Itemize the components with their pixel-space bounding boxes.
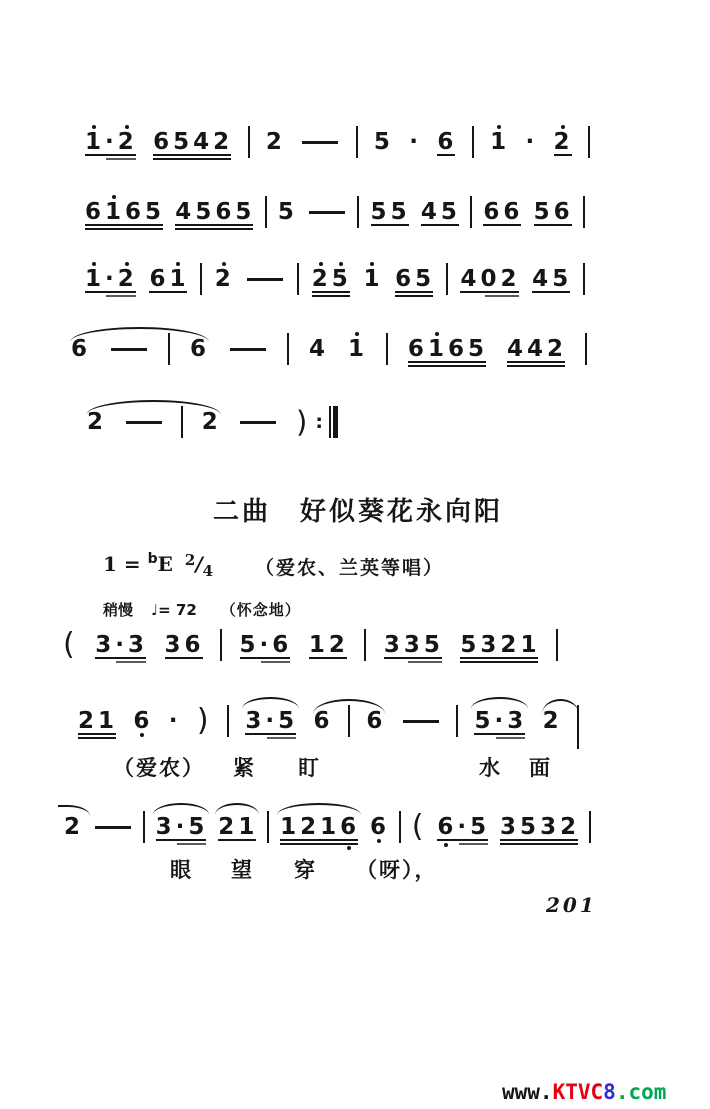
note-char: 6 — [124, 197, 144, 227]
beam-line — [507, 361, 565, 363]
duration-dash — [302, 141, 338, 144]
note-group: · — [524, 127, 537, 157]
beam-line-partial — [459, 843, 489, 845]
note-char: 4 — [174, 197, 194, 227]
lyrics-line-2: 眼望穿（呀）， — [0, 854, 710, 882]
beam-line-partial — [116, 661, 146, 663]
metronome-mark: ♩= 72 — [151, 601, 197, 619]
note-group: 5·3 — [473, 706, 526, 736]
time-signature: 2/4 — [185, 552, 213, 576]
beam-line — [149, 291, 187, 293]
note-char: 2 — [265, 127, 285, 157]
note-char: 2 — [214, 264, 234, 294]
score-line-1: 1·2654225·61·2 — [84, 127, 590, 157]
beam-line — [395, 295, 433, 297]
note-group: 55 — [370, 197, 410, 227]
barline — [200, 263, 202, 295]
duration-dash — [126, 421, 162, 424]
note-char: 1 — [84, 264, 104, 294]
octave-dot-above — [497, 125, 501, 129]
watermark-ktvc: KTVC — [553, 1080, 604, 1104]
note-char: 5 — [331, 264, 351, 294]
note-group: 2 — [265, 127, 285, 157]
barline — [583, 263, 585, 295]
score-line-4: 66416165442 — [70, 334, 587, 364]
note-char: 1 — [279, 812, 299, 842]
beam-line — [165, 657, 203, 659]
octave-dot-below — [140, 733, 144, 737]
note-char: 4 — [459, 264, 479, 294]
slur-arc — [215, 803, 259, 815]
score-line-3: 1·26122516540245 — [84, 264, 585, 294]
note-char: 1 — [347, 334, 367, 364]
score-line-8: 23·52112166(6·53532 — [63, 812, 591, 842]
note-char: 3 — [155, 812, 175, 842]
note-group: 2 — [553, 127, 573, 157]
note-group: 3·5 — [155, 812, 208, 842]
note-char: 6 — [84, 197, 104, 227]
lyric-syllable: 紧 — [233, 752, 256, 782]
barline — [143, 811, 145, 843]
note-group: 6 — [369, 812, 389, 842]
octave-dot-above — [370, 262, 374, 266]
beam-line — [554, 154, 572, 156]
tie-arc — [313, 699, 385, 714]
slur-arc — [153, 803, 210, 815]
note-group: 3532 — [499, 812, 579, 842]
note-char: 1 — [319, 812, 339, 842]
beam-line — [460, 657, 538, 659]
note-char: · — [456, 812, 469, 842]
slur-arc — [242, 697, 299, 709]
barline — [588, 126, 590, 158]
beam-line — [280, 839, 358, 841]
beam-line — [500, 843, 578, 845]
watermark-com: .com — [616, 1080, 667, 1104]
lyric-syllable: 穿 — [294, 854, 317, 884]
barline — [297, 263, 299, 295]
barline — [585, 333, 587, 365]
beam-line — [474, 733, 525, 735]
note-group: 3·5 — [244, 706, 297, 736]
beam-line — [280, 843, 358, 845]
barline — [583, 196, 585, 228]
beam-line — [312, 295, 350, 297]
beam-line — [175, 224, 253, 226]
beam-line — [437, 154, 455, 156]
note-char: 6 — [271, 630, 291, 660]
octave-dot-above — [92, 262, 96, 266]
note-char: 1 — [308, 630, 328, 660]
note-char: 2 — [117, 264, 137, 294]
note-char: 5 — [277, 706, 297, 736]
note-char: 3 — [94, 630, 114, 660]
note-char: 6 — [132, 706, 152, 736]
beam-line — [312, 291, 350, 293]
note-char: 4 — [420, 197, 440, 227]
note-char: 2 — [559, 812, 579, 842]
note-group: 36 — [164, 630, 204, 660]
parenthesis: ( — [62, 630, 78, 660]
note-char: 3 — [403, 630, 423, 660]
note-group: 65 — [394, 264, 434, 294]
note-char: 6 — [436, 812, 456, 842]
note-group: 1216 — [279, 812, 359, 842]
note-char: 2 — [328, 630, 348, 660]
note-group: 3·3 — [94, 630, 147, 660]
watermark-www: www. — [502, 1080, 553, 1104]
barline — [287, 333, 289, 365]
lyric-syllable: 面 — [529, 752, 552, 782]
note-char: 6 — [407, 334, 427, 364]
note-char: 5 — [414, 264, 434, 294]
lyric-syllable: 望 — [231, 854, 254, 884]
octave-dot-below — [347, 846, 351, 850]
barline — [356, 126, 358, 158]
duration-dash — [403, 720, 439, 723]
beam-line — [500, 839, 578, 841]
note-group: 45 — [420, 197, 460, 227]
tempo-marking: 稍慢♩= 72（怀念地） — [103, 599, 301, 620]
note-char: 2 — [217, 812, 237, 842]
beam-line — [218, 839, 256, 841]
end-repeat-sign: ): — [296, 405, 338, 439]
note-char: 5 — [234, 197, 254, 227]
note-group: 2 — [63, 812, 83, 842]
slur-arc — [277, 803, 361, 815]
beam-line — [437, 839, 488, 841]
note-char: 6 — [436, 127, 456, 157]
note-char: ( — [411, 812, 427, 842]
note-group: 6·5 — [436, 812, 489, 842]
note-char: 4 — [308, 334, 328, 364]
note-char: 3 — [499, 812, 519, 842]
note-char: 2 — [117, 127, 137, 157]
note-char: 6 — [447, 334, 467, 364]
note-char: 6 — [214, 197, 234, 227]
beam-line — [309, 657, 347, 659]
note-char: 5 — [551, 264, 571, 294]
thick-barline — [333, 406, 338, 438]
duration-dash — [95, 826, 131, 829]
note-group: · — [168, 706, 181, 736]
note-char: 2 — [63, 812, 83, 842]
note-group: 56 — [533, 197, 573, 227]
score-line-7: 216·)3·5665·32 — [77, 706, 579, 736]
beam-line — [384, 657, 442, 659]
note-group: 45 — [531, 264, 571, 294]
score-line-6: (3·3365·6123355321 — [62, 630, 558, 660]
beam-line-partial — [485, 295, 519, 297]
note-char: 3 — [539, 812, 559, 842]
beam-line — [534, 224, 572, 226]
note-group: 61 — [148, 264, 188, 294]
beam-line-partial — [408, 661, 442, 663]
page-number: 201 — [546, 893, 597, 917]
note-char: 5 — [440, 197, 460, 227]
note-char: 2 — [299, 812, 319, 842]
close-paren: ) — [296, 407, 309, 437]
note-char: 2 — [500, 264, 520, 294]
note-group: 21 — [217, 812, 257, 842]
note-group: 1 — [347, 334, 367, 364]
note-group: 4565 — [174, 197, 254, 227]
lyrics-line-1: （爱农）紧盯水面 — [0, 752, 710, 780]
beam-line — [85, 291, 136, 293]
beam-line-partial — [261, 661, 291, 663]
beam-line — [153, 154, 231, 156]
note-char: · — [168, 706, 181, 736]
octave-dot-above — [355, 332, 359, 336]
note-group: 442 — [506, 334, 566, 364]
octave-dot-above — [222, 262, 226, 266]
duration-dash — [230, 348, 266, 351]
note-group: 1 — [362, 264, 382, 294]
barline — [220, 629, 222, 661]
note-group: 6 — [436, 127, 456, 157]
beam-line — [78, 733, 116, 735]
note-char: 5 — [390, 197, 410, 227]
watermark-8: 8 — [603, 1080, 616, 1104]
duration-dash — [247, 278, 283, 281]
lyric-syllable: 盯 — [298, 752, 321, 782]
note-char: 3 — [479, 630, 499, 660]
note-char: 5 — [373, 127, 393, 157]
lyric-syllable: 眼 — [170, 854, 193, 884]
tie-arc — [542, 699, 579, 714]
note-char: 1 — [97, 706, 117, 736]
beam-line — [408, 361, 486, 363]
note-char: 2 — [77, 706, 97, 736]
tie-arc — [86, 400, 221, 415]
note-group: 5·6 — [239, 630, 292, 660]
beam-line-partial — [267, 737, 297, 739]
note-char: 5 — [473, 706, 493, 736]
parenthesis: ( — [411, 812, 427, 842]
barline — [446, 263, 448, 295]
note-group: 6 — [132, 706, 152, 736]
barline — [267, 811, 269, 843]
beam-line — [421, 224, 459, 226]
note-char: · — [104, 127, 117, 157]
note-char: 2 — [553, 127, 573, 157]
parenthesis: ) — [196, 706, 212, 736]
note-group: 12 — [308, 630, 348, 660]
score-line-5: 22): — [86, 407, 338, 437]
tempo-label: 稍慢 — [103, 601, 133, 619]
note-char: 5 — [423, 630, 443, 660]
duration-dash — [309, 211, 345, 214]
note-char: 6 — [184, 630, 204, 660]
note-char: · — [524, 127, 537, 157]
note-char: 6 — [369, 812, 389, 842]
note-char: 6 — [502, 197, 522, 227]
note-char: 5 — [172, 127, 192, 157]
note-char: 5 — [277, 197, 297, 227]
note-group: 66 — [482, 197, 522, 227]
tie-arc — [70, 327, 209, 342]
note-char: 5 — [194, 197, 214, 227]
note-char: 6 — [148, 264, 168, 294]
note-char: 1 — [104, 197, 124, 227]
barline — [364, 629, 366, 661]
note-char: 2 — [212, 127, 232, 157]
note-char: 2 — [311, 264, 331, 294]
barline — [470, 196, 472, 228]
beam-line — [483, 224, 521, 226]
note-char: 3 — [506, 706, 526, 736]
repeat-dots: : — [315, 411, 325, 433]
barline — [357, 196, 359, 228]
beam-line — [78, 737, 116, 739]
octave-dot-above — [92, 125, 96, 129]
note-char: 6 — [152, 127, 172, 157]
barline — [556, 629, 558, 661]
note-char: · — [104, 264, 117, 294]
beam-line — [395, 291, 433, 293]
note-char: 1 — [168, 264, 188, 294]
beam-line-partial — [496, 737, 526, 739]
note-group: 21 — [77, 706, 117, 736]
note-char: 6 — [339, 812, 359, 842]
note-char: 2 — [499, 630, 519, 660]
beam-line — [85, 228, 163, 230]
note-char: 6 — [482, 197, 502, 227]
note-char: 6 — [553, 197, 573, 227]
note-group: 5 — [277, 197, 297, 227]
octave-dot-above — [561, 125, 565, 129]
key-prefix: 1 = — [103, 552, 148, 576]
note-char: 3 — [127, 630, 147, 660]
note-char: 5 — [370, 197, 390, 227]
beam-line — [156, 839, 207, 841]
performers-note: （爱农、兰英等唱） — [255, 553, 444, 580]
thin-barline — [329, 406, 331, 438]
barline — [248, 126, 250, 158]
note-char: 5 — [519, 812, 539, 842]
barline — [589, 811, 591, 843]
barline — [472, 126, 474, 158]
note-group: 1·2 — [84, 264, 137, 294]
note-char: 3 — [164, 630, 184, 660]
duration-dash — [111, 348, 147, 351]
note-char: 0 — [479, 264, 499, 294]
beam-line — [507, 365, 565, 367]
octave-dot-above — [125, 262, 129, 266]
beam-line — [85, 154, 136, 156]
score-line-2: 61654565555456656 — [84, 197, 585, 227]
slur-arc-end — [58, 805, 90, 816]
beam-line — [240, 657, 291, 659]
beam-line — [460, 661, 538, 663]
lyric-syllable: （爱农） — [113, 752, 205, 782]
note-group: 5 — [373, 127, 393, 157]
note-char: 5 — [239, 630, 259, 660]
note-group: 6165 — [84, 197, 164, 227]
beam-line — [460, 291, 518, 293]
watermark: www.KTVC8.com — [502, 1080, 666, 1104]
note-group: 25 — [311, 264, 351, 294]
note-group: 6542 — [152, 127, 232, 157]
beam-line — [371, 224, 409, 226]
beam-line — [175, 228, 253, 230]
note-char: 1 — [427, 334, 447, 364]
octave-dot-above — [112, 195, 116, 199]
note-char: 1 — [519, 630, 539, 660]
beam-line-partial — [106, 158, 136, 160]
note-group: 5321 — [459, 630, 539, 660]
barline — [456, 705, 458, 737]
note-char: 2 — [546, 334, 566, 364]
note-char: ( — [62, 630, 78, 660]
note-char: · — [493, 706, 506, 736]
flat-sign: b — [148, 551, 158, 567]
octave-dot-below — [377, 839, 381, 843]
note-group: 1·2 — [84, 127, 137, 157]
beam-line — [85, 224, 163, 226]
note-group: 4 — [308, 334, 328, 364]
beam-line — [153, 158, 231, 160]
note-char: 3 — [383, 630, 403, 660]
barline — [265, 196, 267, 228]
note-char: · — [408, 127, 421, 157]
octave-dot-above — [319, 262, 323, 266]
key-letter: E — [158, 552, 173, 576]
note-char: · — [259, 630, 272, 660]
note-char: ) — [196, 706, 212, 736]
note-char: 4 — [526, 334, 546, 364]
octave-dot-above — [339, 262, 343, 266]
beam-line — [95, 657, 146, 659]
beam-line — [532, 291, 570, 293]
note-char: 5 — [459, 630, 479, 660]
beam-line — [408, 365, 486, 367]
note-char: · — [175, 812, 188, 842]
note-group: 402 — [459, 264, 519, 294]
note-group: 6165 — [407, 334, 487, 364]
note-char: 4 — [531, 264, 551, 294]
note-char: 1 — [489, 127, 509, 157]
note-char: · — [114, 630, 127, 660]
duration-dash — [240, 421, 276, 424]
note-char: 5 — [469, 812, 489, 842]
beam-line-partial — [106, 295, 136, 297]
note-group: 1 — [489, 127, 509, 157]
note-char: 5 — [187, 812, 207, 842]
note-group: · — [408, 127, 421, 157]
octave-dot-below — [444, 843, 448, 847]
note-char: 1 — [84, 127, 104, 157]
note-char: 3 — [244, 706, 264, 736]
note-char: 6 — [394, 264, 414, 294]
beam-line-partial — [177, 843, 207, 845]
slur-arc — [471, 697, 528, 709]
page-title: 二曲 好似葵花永向阳 — [213, 491, 503, 528]
barline — [227, 705, 229, 737]
barline — [399, 811, 401, 843]
note-char: 1 — [362, 264, 382, 294]
expression-marking: （怀念地） — [221, 601, 301, 619]
lyric-syllable: （呀）， — [356, 854, 438, 884]
sheet-music-page: 1·2654225·61·2 61654565555456656 1·26122… — [0, 0, 710, 1109]
note-char: · — [264, 706, 277, 736]
octave-dot-above — [125, 125, 129, 129]
beam-line — [245, 733, 296, 735]
note-char: 5 — [533, 197, 553, 227]
key-signature: 1 = bE2/4 — [103, 551, 213, 580]
octave-dot-above — [176, 262, 180, 266]
lyric-syllable: 水 — [479, 752, 502, 782]
